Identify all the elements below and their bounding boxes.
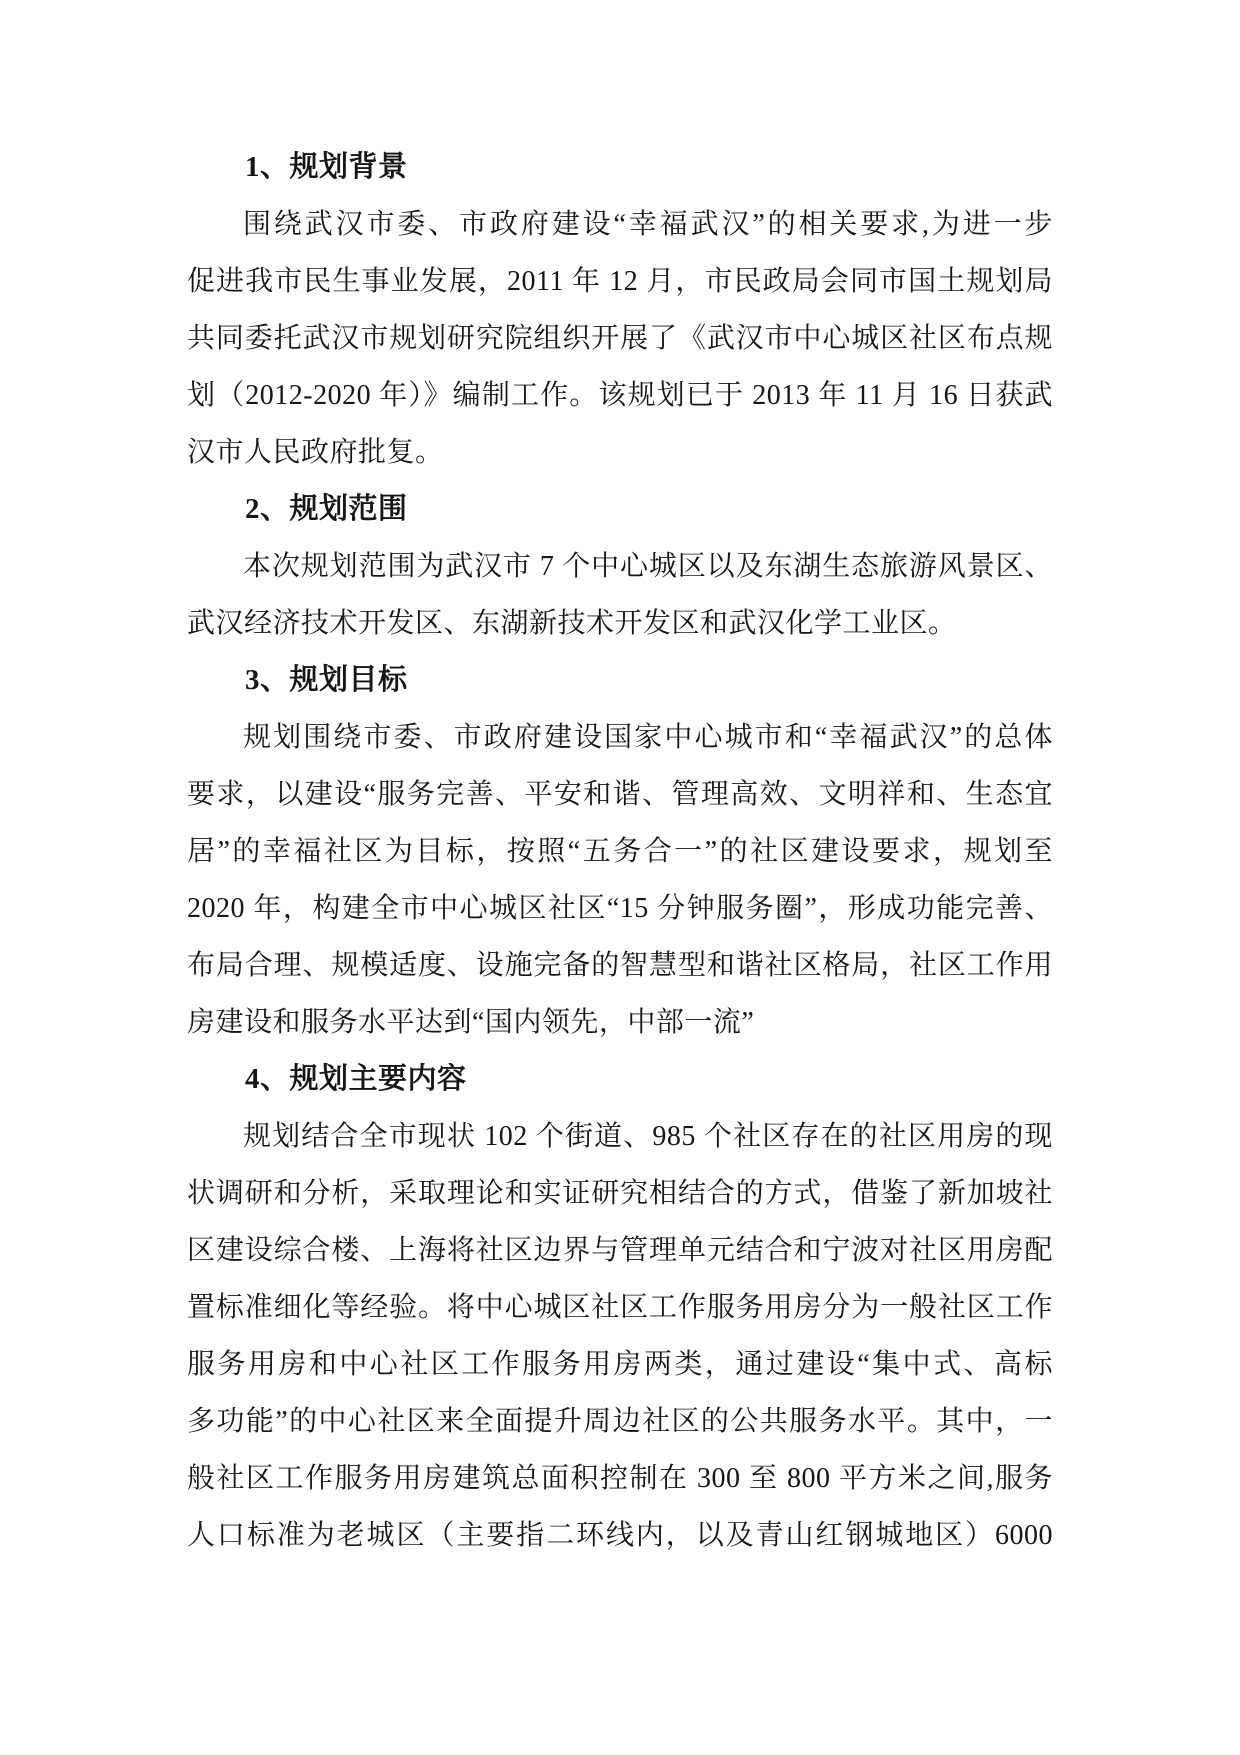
section-1-paragraph-line: 划（2012-2020 年）》编制工作。该规划已于 2013 年 11 月 16… [187,367,1053,424]
section-3-paragraph-line: 房建设和服务水平达到“国内领先，中部一流” [187,994,1053,1051]
section-1-paragraph-line: 围绕武汉市委、市政府建设“幸福武汉”的相关要求,为进一步 [187,196,1053,253]
section-3-paragraph-line: 规划围绕市委、市政府建设国家中心城市和“幸福武汉”的总体 [187,709,1053,766]
section-3-paragraph-line: 要求，以建设“服务完善、平安和谐、管理高效、文明祥和、生态宜 [187,766,1053,823]
section-3-paragraph-line: 布局合理、规模适度、设施完备的智慧型和谐社区格局，社区工作用 [187,937,1053,994]
section-4-paragraph-line: 般社区工作服务用房建筑总面积控制在 300 至 800 平方米之间,服务 [187,1450,1053,1507]
section-4-heading: 4、规划主要内容 [187,1051,1053,1108]
section-3-paragraph-line: 居”的幸福社区为目标，按照“五务合一”的社区建设要求，规划至 [187,823,1053,880]
section-1-paragraph-line: 共同委托武汉市规划研究院组织开展了《武汉市中心城区社区布点规 [187,310,1053,367]
section-4-paragraph-line: 置标准细化等经验。将中心城区社区工作服务用房分为一般社区工作 [187,1279,1053,1336]
section-1-paragraph-line: 促进我市民生事业发展，2011 年 12 月，市民政局会同市国土规划局 [187,253,1053,310]
section-4-paragraph-line: 规划结合全市现状 102 个街道、985 个社区存在的社区用房的现 [187,1108,1053,1165]
section-4-paragraph-line: 多功能”的中心社区来全面提升周边社区的公共服务水平。其中，一 [187,1393,1053,1450]
section-1-paragraph-line: 汉市人民政府批复。 [187,424,1053,481]
section-1-heading: 1、规划背景 [187,139,1053,196]
section-4-paragraph-line: 服务用房和中心社区工作服务用房两类，通过建设“集中式、高标准、 [187,1336,1053,1393]
section-2-paragraph-line: 本次规划范围为武汉市 7 个中心城区以及东湖生态旅游风景区、 [187,538,1053,595]
section-3-paragraph-line: 2020 年，构建全市中心城区社区“15 分钟服务圈”，形成功能完善、 [187,880,1053,937]
document-page: 1、规划背景 围绕武汉市委、市政府建设“幸福武汉”的相关要求,为进一步 促进我市… [0,0,1240,1755]
section-4-paragraph-line: 人口标准为老城区（主要指二环线内，以及青山红钢城地区）6000 [187,1507,1053,1564]
section-2-heading: 2、规划范围 [187,481,1053,538]
section-3-heading: 3、规划目标 [187,652,1053,709]
section-2-paragraph-line: 武汉经济技术开发区、东湖新技术开发区和武汉化学工业区。 [187,595,1053,652]
section-4-paragraph-line: 状调研和分析，采取理论和实证研究相结合的方式，借鉴了新加坡社 [187,1165,1053,1222]
section-4-paragraph-line: 区建设综合楼、上海将社区边界与管理单元结合和宁波对社区用房配 [187,1222,1053,1279]
